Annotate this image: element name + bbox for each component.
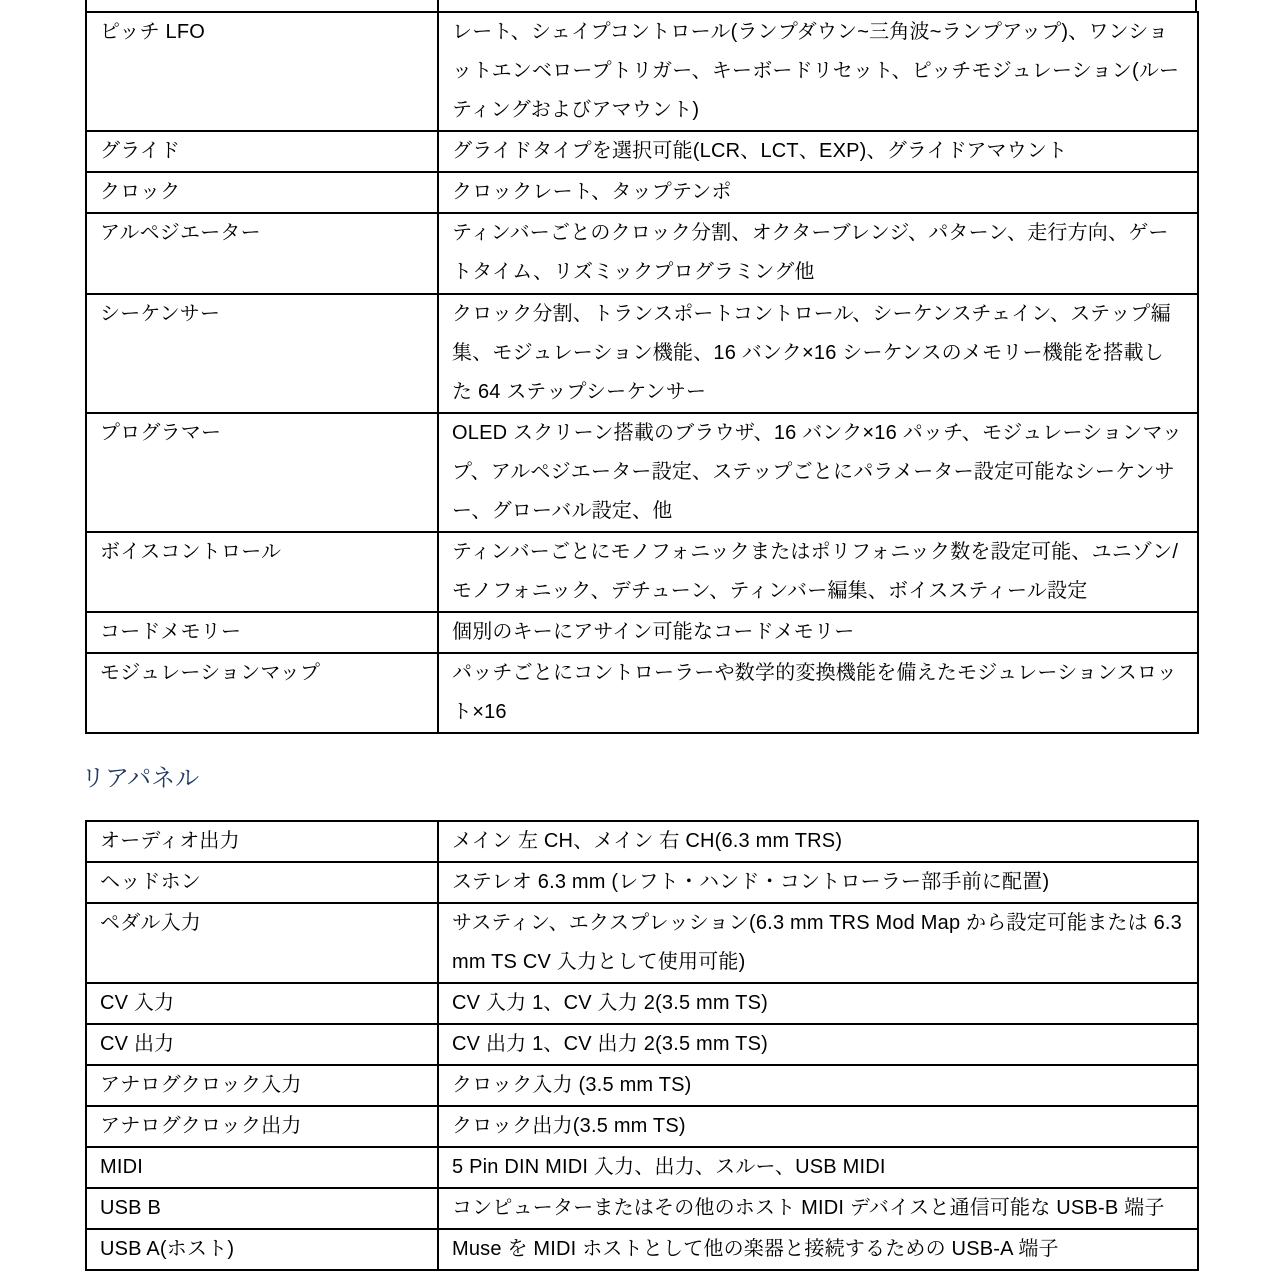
table-row: グライド グライドタイプを選択可能(LCR、LCT、EXP)、グライドアマウント xyxy=(86,131,1198,172)
table-row: アナログクロック出力 クロック出力(3.5 mm TS) xyxy=(86,1106,1198,1147)
table-row: オーディオ出力 メイン 左 CH、メイン 右 CH(6.3 mm TRS) xyxy=(86,821,1198,862)
table-row: クロック クロックレート、タップテンポ xyxy=(86,172,1198,213)
spec-label: ヘッドホン xyxy=(86,862,438,903)
table-row: USB B コンピューターまたはその他のホスト MIDI デバイスと通信可能な … xyxy=(86,1188,1198,1229)
spec-value: コンピューターまたはその他のホスト MIDI デバイスと通信可能な USB-B … xyxy=(438,1188,1198,1229)
spec-value: 5 Pin DIN MIDI 入力、出力、スルー、USB MIDI xyxy=(438,1147,1198,1188)
spec-label: アナログクロック出力 xyxy=(86,1106,438,1147)
spec-value: サスティン、エクスプレッション(6.3 mm TRS Mod Map から設定可… xyxy=(438,903,1198,983)
spec-label: アルペジエーター xyxy=(86,213,438,294)
spec-value: メイン 左 CH、メイン 右 CH(6.3 mm TRS) xyxy=(438,821,1198,862)
table-row: ヘッドホン ステレオ 6.3 mm (レフト・ハンド・コントローラー部手前に配置… xyxy=(86,862,1198,903)
table-row: アナログクロック入力 クロック入力 (3.5 mm TS) xyxy=(86,1065,1198,1106)
spec-label: USB B xyxy=(86,1188,438,1229)
spec-label: CV 入力 xyxy=(86,983,438,1024)
table-row: USB A(ホスト) Muse を MIDI ホストとして他の楽器と接続するため… xyxy=(86,1229,1198,1270)
table-row: CV 出力 CV 出力 1、CV 出力 2(3.5 mm TS) xyxy=(86,1024,1198,1065)
table-row: シーケンサー クロック分割、トランスポートコントロール、シーケンスチェイン、ステ… xyxy=(86,294,1198,413)
spec-label: ボイスコントロール xyxy=(86,532,438,612)
spec-label: コードメモリー xyxy=(86,612,438,653)
spec-label: プログラマー xyxy=(86,413,438,532)
spec-value: ティンバーごとにモノフォニックまたはポリフォニック数を設定可能、ユニゾン/モノフ… xyxy=(438,532,1198,612)
rear-panel-spec-table: オーディオ出力 メイン 左 CH、メイン 右 CH(6.3 mm TRS) ヘッ… xyxy=(85,820,1199,1271)
table-row: モジュレーションマップ パッチごとにコントローラーや数学的変換機能を備えたモジュ… xyxy=(86,653,1198,733)
spec-label: アナログクロック入力 xyxy=(86,1065,438,1106)
table-row: アルペジエーター ティンバーごとのクロック分割、オクターブレンジ、パターン、走行… xyxy=(86,213,1198,294)
spec-value: ステレオ 6.3 mm (レフト・ハンド・コントローラー部手前に配置) xyxy=(438,862,1198,903)
spec-label: MIDI xyxy=(86,1147,438,1188)
spec-value: CV 出力 1、CV 出力 2(3.5 mm TS) xyxy=(438,1024,1198,1065)
spec-value: クロック分割、トランスポートコントロール、シーケンスチェイン、ステップ編集、モジ… xyxy=(438,294,1198,413)
spec-value: Muse を MIDI ホストとして他の楽器と接続するための USB-A 端子 xyxy=(438,1229,1198,1270)
spec-value: OLED スクリーン搭載のブラウザ、16 バンク×16 パッチ、モジュレーション… xyxy=(438,413,1198,532)
front-panel-spec-table: ピッチ LFO レート、シェイプコントロール(ランプダウン~三角波~ランプアップ… xyxy=(85,11,1199,734)
spec-label: CV 出力 xyxy=(86,1024,438,1065)
spec-label: USB A(ホスト) xyxy=(86,1229,438,1270)
table-row: プログラマー OLED スクリーン搭載のブラウザ、16 バンク×16 パッチ、モ… xyxy=(86,413,1198,532)
table-row: MIDI 5 Pin DIN MIDI 入力、出力、スルー、USB MIDI xyxy=(86,1147,1198,1188)
spec-label: モジュレーションマップ xyxy=(86,653,438,733)
spec-value: クロック出力(3.5 mm TS) xyxy=(438,1106,1198,1147)
table-row: ピッチ LFO レート、シェイプコントロール(ランプダウン~三角波~ランプアップ… xyxy=(86,12,1198,131)
spec-value: レート、シェイプコントロール(ランプダウン~三角波~ランプアップ)、ワンショット… xyxy=(438,12,1198,131)
spec-label: シーケンサー xyxy=(86,294,438,413)
spec-label: オーディオ出力 xyxy=(86,821,438,862)
spec-value: クロックレート、タップテンポ xyxy=(438,172,1198,213)
table-row: ペダル入力 サスティン、エクスプレッション(6.3 mm TRS Mod Map… xyxy=(86,903,1198,983)
spec-value: クロック入力 (3.5 mm TS) xyxy=(438,1065,1198,1106)
section-heading-rear-panel: リアパネル xyxy=(81,762,199,796)
table-row: CV 入力 CV 入力 1、CV 入力 2(3.5 mm TS) xyxy=(86,983,1198,1024)
spec-value: ティンバーごとのクロック分割、オクターブレンジ、パターン、走行方向、ゲートタイム… xyxy=(438,213,1198,294)
spec-label: ペダル入力 xyxy=(86,903,438,983)
spec-value: パッチごとにコントローラーや数学的変換機能を備えたモジュレーションスロット×16 xyxy=(438,653,1198,733)
spec-label: ピッチ LFO xyxy=(86,12,438,131)
spec-value: CV 入力 1、CV 入力 2(3.5 mm TS) xyxy=(438,983,1198,1024)
spec-label: グライド xyxy=(86,131,438,172)
spec-value: 個別のキーにアサイン可能なコードメモリー xyxy=(438,612,1198,653)
table-row: コードメモリー 個別のキーにアサイン可能なコードメモリー xyxy=(86,612,1198,653)
spec-value: グライドタイプを選択可能(LCR、LCT、EXP)、グライドアマウント xyxy=(438,131,1198,172)
table-row: ボイスコントロール ティンバーごとにモノフォニックまたはポリフォニック数を設定可… xyxy=(86,532,1198,612)
spec-label: クロック xyxy=(86,172,438,213)
